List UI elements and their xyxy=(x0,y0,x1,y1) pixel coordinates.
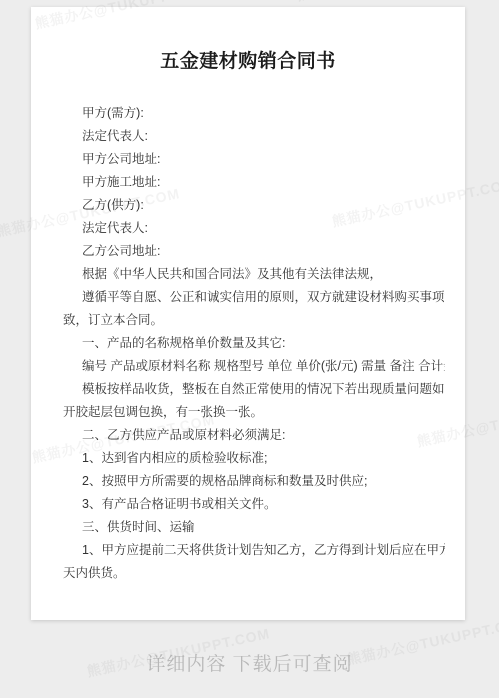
body-line: 致，订立本合同。 xyxy=(63,309,445,332)
body-line: 天内供货。 xyxy=(63,562,445,585)
body-line: 甲方(需方): xyxy=(63,102,445,125)
body-line: 1、达到省内相应的质检验收标准; xyxy=(63,447,445,470)
body-line: 根据《中华人民共和国合同法》及其他有关法律法规， xyxy=(63,263,445,286)
body-line: 1、甲方应提前二天将供货计划告知乙方，乙方得到计划后应在甲方计划二 xyxy=(63,539,445,562)
body-line: 遵循平等自愿、公正和诚实信用的原则，双方就建设材料购买事项协商一 xyxy=(63,286,445,309)
body-line: 法定代表人: xyxy=(63,217,445,240)
body-line: 2、按照甲方所需要的规格品牌商标和数量及时供应; xyxy=(63,470,445,493)
document-page: 五金建材购销合同书 甲方(需方):法定代表人:甲方公司地址:甲方施工地址:乙方(… xyxy=(31,7,465,620)
body-line: 开胶起层包调包换，有一张换一张。 xyxy=(63,401,445,424)
body-line: 乙方公司地址: xyxy=(63,240,445,263)
download-hint-text: 详细内容 下载后可查阅 xyxy=(0,652,499,678)
body-line: 甲方公司地址: xyxy=(63,148,445,171)
site-watermark-text: 熊猫办公@TUKUPPT.COM xyxy=(295,0,482,6)
body-line: 乙方(供方): xyxy=(63,194,445,217)
body-line: 三、供货时间、运输 xyxy=(63,516,445,539)
body-line: 二、乙方供应产品或原材料必须满足: xyxy=(63,424,445,447)
body-line: 3、有产品合格证明书或相关文件。 xyxy=(63,493,445,516)
body-line: 甲方施工地址: xyxy=(63,171,445,194)
body-line: 编号 产品或原材料名称 规格型号 单位 单价(张/元) 需量 备注 合计金额: xyxy=(63,355,445,378)
body-line: 模板按样品收货，整板在自然正常使用的情况下若出现质量问题如大面积 xyxy=(63,378,445,401)
document-title: 五金建材购销合同书 xyxy=(31,7,465,73)
document-body: 甲方(需方):法定代表人:甲方公司地址:甲方施工地址:乙方(供方):法定代表人:… xyxy=(63,102,445,585)
body-line: 法定代表人: xyxy=(63,125,445,148)
screen: { "page": { "title": "五金建材购销合同书", "body_… xyxy=(0,0,499,698)
body-line: 一、产品的名称规格单价数量及其它: xyxy=(63,332,445,355)
